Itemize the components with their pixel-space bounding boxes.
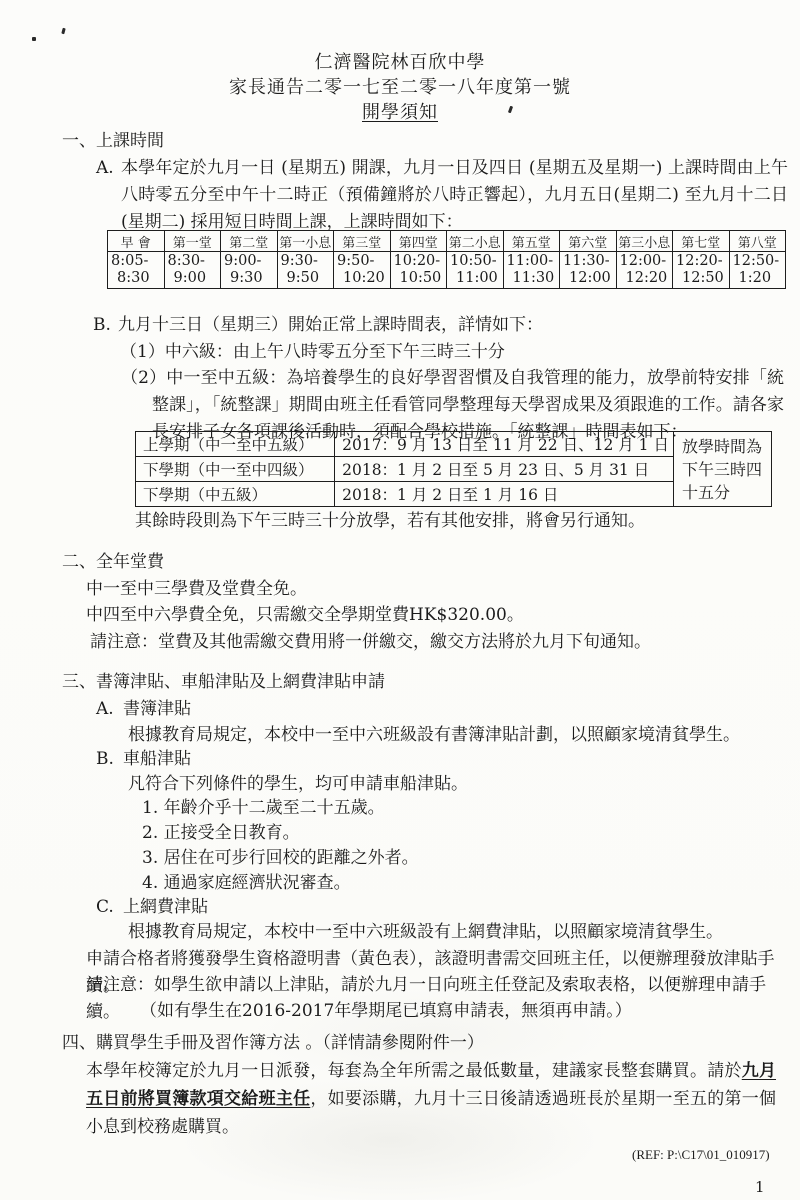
document-header: 仁濟醫院林百欣中學 家長通告二零一七至二零一八年度第一號 開學須知 (0, 50, 800, 125)
timetable-cell: 9:30-9:50 (277, 252, 334, 289)
timetable-cell: 12:00-12:20 (616, 252, 673, 289)
class-timetable: 早 會 第一堂 第二堂 第一小息 第三堂 第四堂 第二小息 第五堂 第六堂 第三… (107, 230, 786, 289)
time-start: 12:50- (730, 252, 786, 270)
term-dates: 2017：9 月 13 日至 11 月 22 日、12 月 1 日 (335, 432, 674, 457)
section3-item-b-title: 車船津貼 (123, 746, 191, 773)
section3-title: 三、書簿津貼、車船津貼及上網費津貼申請 (62, 669, 385, 696)
timetable-header: 早 會 (108, 231, 165, 252)
time-end: 10:20 (334, 270, 390, 287)
time-end: 11:30 (504, 270, 560, 287)
section2-line: 中四至中六學費全免，只需繳交全學期堂費HK$320.00。 (86, 602, 524, 629)
timetable-header: 第一堂 (164, 231, 221, 252)
timetable-times-row: 8:05-8:30 8:30-9:00 9:00-9:30 9:30-9:50 … (108, 252, 786, 289)
timetable-header: 第五堂 (503, 231, 560, 252)
scan-speck (32, 37, 36, 41)
time-start: 10:20- (391, 252, 447, 270)
time-start: 8:05- (108, 252, 164, 270)
time-end: 12:50 (673, 270, 729, 287)
document-page: 仁濟醫院林百欣中學 家長通告二零一七至二零一八年度第一號 開學須知 一、上課時間… (0, 0, 800, 1200)
timetable-header: 第三小息 (616, 231, 673, 252)
section3-item-c-title: 上網費津貼 (123, 894, 208, 921)
section3-footer-3: （如有學生在2016-2017年學期尾已填寫申請表，無須再申請。） (140, 998, 632, 1025)
section1-item-b-text: 九月十三日（星期三）開始正常上課時間表，詳情如下： (118, 312, 543, 339)
timetable-header: 第四堂 (390, 231, 447, 252)
section3-item-a-text: 根據教育局規定，本校中一至中六班級設有書簿津貼計劃，以照顧家境清貧學生。 (128, 722, 740, 749)
scan-speck (61, 28, 65, 35)
condition-item: 3. 居住在可步行回校的距離之外者。 (142, 846, 419, 871)
time-end: 9:00 (165, 270, 221, 287)
timetable-header: 第六堂 (560, 231, 617, 252)
time-start: 8:30- (165, 252, 221, 270)
timetable-cell: 9:50-10:20 (334, 252, 391, 289)
time-end: 1:20 (730, 270, 786, 287)
section3-item-a-title: 書簿津貼 (123, 696, 191, 723)
section4-body-pre: 本學年校簿定於九月一日派發，每套為全年所需之最低數量，建議家長整套購買。請於 (86, 1061, 742, 1081)
section3-item-a-label: A. (96, 696, 114, 723)
time-start: 9:50- (334, 252, 390, 270)
timetable-cell: 10:50-11:00 (447, 252, 504, 289)
document-ref: (REF: P:\C17\01_010917) (632, 1147, 770, 1163)
consolidation-period-table: 上學期（中一至中五級） 2017：9 月 13 日至 11 月 22 日、12 … (135, 431, 772, 507)
timetable-header: 第二小息 (447, 231, 504, 252)
time-start: 11:30- (560, 252, 616, 270)
section2-line: 請注意：堂費及其他需繳交費用將一併繳交，繳交方法將於九月下旬通知。 (90, 629, 651, 656)
time-start: 9:00- (221, 252, 277, 270)
table-row: 上學期（中一至中五級） 2017：9 月 13 日至 11 月 22 日、12 … (136, 432, 772, 457)
school-name: 仁濟醫院林百欣中學 (0, 50, 800, 75)
timetable-header: 第八堂 (729, 231, 786, 252)
time-end: 9:30 (221, 270, 277, 287)
timetable-cell: 12:50-1:20 (729, 252, 786, 289)
term-period: 下學期（中一至中四級） (136, 457, 335, 482)
timetable-cell: 12:20-12:50 (673, 252, 730, 289)
timetable-header: 第三堂 (334, 231, 391, 252)
section4-title: 四、購買學生手冊及習作簿方法 。（詳情請參閱附件一） (62, 1030, 484, 1057)
timetable-cell: 8:30-9:00 (164, 252, 221, 289)
section3-item-b-intro: 凡符合下列條件的學生，均可申請車船津貼。 (128, 771, 468, 798)
term-period: 下學期（中五級） (136, 482, 335, 507)
timetable-header-row: 早 會 第一堂 第二堂 第一小息 第三堂 第四堂 第二小息 第五堂 第六堂 第三… (108, 231, 786, 252)
notice-number-line: 家長通告二零一七至二零一八年度第一號 (0, 75, 800, 100)
timetable-header: 第二堂 (221, 231, 278, 252)
section2-title: 二、全年堂費 (62, 549, 164, 576)
timetable-header: 第一小息 (277, 231, 334, 252)
term-period: 上學期（中一至中五級） (136, 432, 335, 457)
time-start: 10:50- (447, 252, 503, 270)
time-start: 11:00- (504, 252, 560, 270)
term-dates: 2018：1 月 2 日至 5 月 23 日、5 月 31 日 (335, 457, 674, 482)
scanned-document-page: { "header": { "school_name": "仁濟醫院林百欣中學"… (0, 0, 800, 1200)
timetable-cell: 9:00-9:30 (221, 252, 278, 289)
timetable-header: 第七堂 (673, 231, 730, 252)
timetable-cell: 11:00-11:30 (503, 252, 560, 289)
section4-body: 本學年校簿定於九月一日派發，每套為全年所需之最低數量，建議家長整套購買。請於九月… (86, 1057, 776, 1141)
timetable-cell: 10:20-10:50 (390, 252, 447, 289)
condition-item: 1. 年齡介乎十二歲至二十五歲。 (142, 796, 385, 821)
time-end: 9:50 (278, 270, 334, 287)
time-start: 9:30- (278, 252, 334, 270)
time-end: 10:50 (391, 270, 447, 287)
section3-item-b-label: B. (96, 746, 114, 773)
timetable-cell: 11:30-12:00 (560, 252, 617, 289)
section1-item-b-footer: 其餘時段則為下午三時三十分放學，若有其他安排，將會另行通知。 (135, 508, 645, 535)
section3-item-c-text: 根據教育局規定，本校中一至中六班級設有上網費津貼，以照顧家境清貧學生。 (128, 919, 723, 946)
section3-item-c-label: C. (96, 894, 114, 921)
section2-line: 中一至中三學費及堂費全免。 (86, 576, 307, 603)
dismissal-time-note: 放學時間為下午三時四十五分 (673, 432, 771, 507)
section1-title: 一、上課時間 (62, 128, 164, 155)
timetable-cell: 8:05-8:30 (108, 252, 165, 289)
time-start: 12:00- (617, 252, 673, 270)
section1-item-b1: （1）中六級：由上午八時零五分至下午三時三十分 (120, 339, 505, 366)
document-subject: 開學須知 (362, 100, 438, 125)
time-end: 8:30 (108, 270, 164, 287)
page-number: 1 (755, 1178, 765, 1196)
section1-item-a-label: A. (96, 155, 114, 182)
time-end: 12:20 (617, 270, 673, 287)
section1-item-b-label: B. (93, 312, 111, 339)
section1-item-a-text: 本學年定於九月一日 (星期五) 開課，九月一日及四日 (星期五及星期一) 上課時… (121, 155, 788, 236)
condition-item: 4. 通過家庭經濟狀況審查。 (142, 871, 351, 896)
term-dates: 2018：1 月 2 日至 1 月 16 日 (335, 482, 674, 507)
condition-item: 2. 正接受全日教育。 (142, 821, 300, 846)
time-start: 12:20- (673, 252, 729, 270)
time-end: 12:00 (560, 270, 616, 287)
time-end: 11:00 (447, 270, 503, 287)
